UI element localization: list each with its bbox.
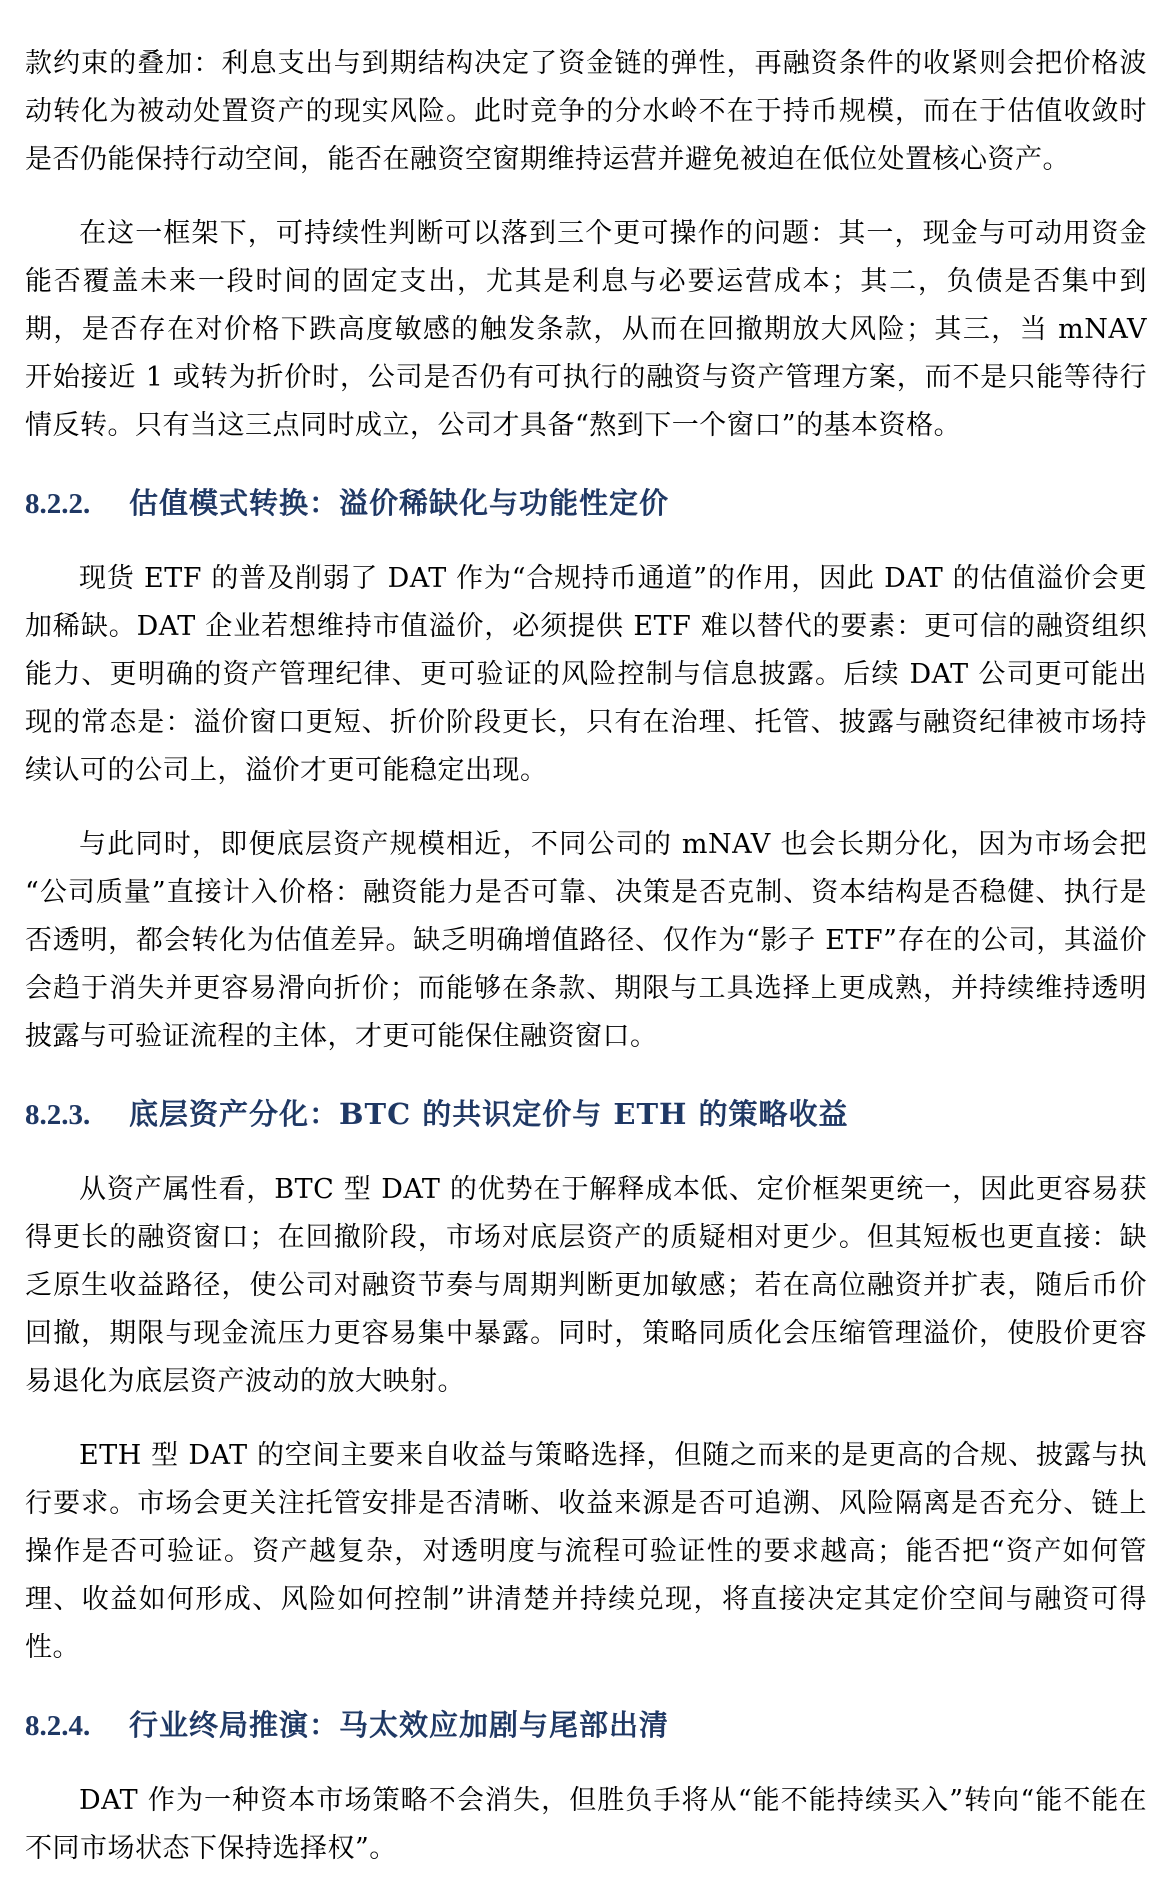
section-heading-822: 8.2.2. 估值模式转换：溢价稀缺化与功能性定价 (25, 478, 1147, 529)
body-paragraph-framework: 在这一框架下，可持续性判断可以落到三个更可操作的问题：其一，现金与可动用资金能否… (25, 210, 1147, 450)
body-paragraph-continuation: 款约束的叠加：利息支出与到期结构决定了资金链的弹性，再融资条件的收紧则会把价格波… (25, 40, 1147, 184)
section-title: 行业终局推演：马太效应加剧与尾部出清 (129, 1700, 1147, 1750)
section-number: 8.2.3. (25, 1090, 129, 1140)
body-paragraph-mnav-divergence: 与此同时，即便底层资产规模相近，不同公司的 mNAV 也会长期分化，因为市场会把… (25, 821, 1147, 1061)
body-paragraph-etf-premium: 现货 ETF 的普及削弱了 DAT 作为“合规持币通道”的作用，因此 DAT 的… (25, 555, 1147, 795)
section-number: 8.2.4. (25, 1701, 129, 1751)
section-heading-823: 8.2.3. 底层资产分化：BTC 的共识定价与 ETH 的策略收益 (25, 1089, 1147, 1140)
document-page: 款约束的叠加：利息支出与到期结构决定了资金链的弹性，再融资条件的收紧则会把价格波… (0, 0, 1172, 1878)
section-title: 底层资产分化：BTC 的共识定价与 ETH 的策略收益 (129, 1089, 1147, 1139)
section-heading-824: 8.2.4. 行业终局推演：马太效应加剧与尾部出清 (25, 1700, 1147, 1751)
body-paragraph-eth-dat: ETH 型 DAT 的空间主要来自收益与策略选择，但随之而来的是更高的合规、披露… (25, 1432, 1147, 1672)
section-number: 8.2.2. (25, 479, 129, 529)
body-paragraph-btc-dat: 从资产属性看，BTC 型 DAT 的优势在于解释成本低、定价框架更统一，因此更容… (25, 1166, 1147, 1406)
body-paragraph-endgame: DAT 作为一种资本市场策略不会消失，但胜负手将从“能不能持续买入”转向“能不能… (25, 1777, 1147, 1873)
section-title: 估值模式转换：溢价稀缺化与功能性定价 (129, 478, 1147, 528)
